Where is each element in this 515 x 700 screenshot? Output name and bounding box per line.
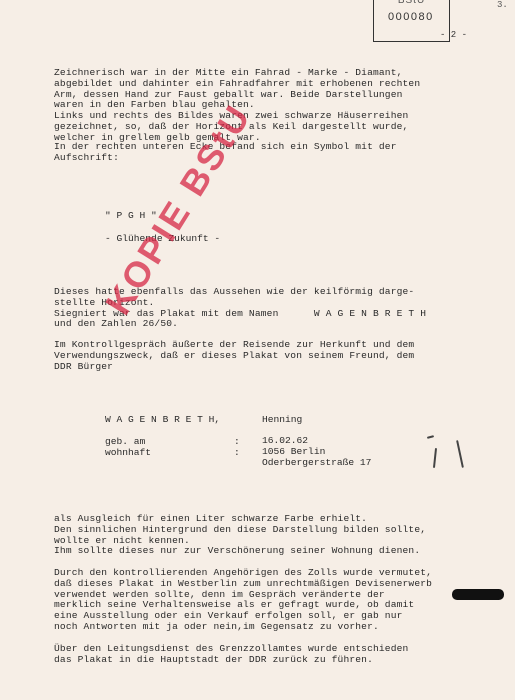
- archive-label: BStU: [374, 0, 449, 6]
- archive-stamp-box: BStU 000080: [373, 0, 450, 42]
- pencil-mark: [456, 440, 464, 468]
- paragraph-suspicion: Durch den kontrollierenden Angehörigen d…: [54, 568, 432, 633]
- paragraph-interview: Im Kontrollgespräch äußerte der Reisende…: [54, 340, 414, 372]
- paragraph-decision: Über den Leitungsdienst des Grenzzollamt…: [54, 644, 408, 666]
- paragraph-exchange: als Ausgleich für einen Liter schwarze F…: [54, 514, 426, 557]
- pencil-mark: [433, 448, 437, 468]
- field-colon: :: [234, 447, 240, 458]
- person-first-name: Henning: [262, 414, 302, 425]
- corner-mark: 3.: [497, 0, 508, 10]
- redaction-bar: [452, 589, 504, 600]
- pencil-mark: [427, 435, 434, 439]
- field-label-address: wohnhaft: [105, 447, 151, 458]
- person-surname: W A G E N B R E T H,: [105, 414, 220, 425]
- page-number: - 2 -: [440, 30, 467, 40]
- archive-number: 000080: [388, 11, 434, 23]
- field-colon: :: [234, 436, 240, 447]
- field-label-birthdate: geb. am: [105, 436, 145, 447]
- field-value-address: 1056 Berlin Oderbergerstraße 17: [262, 447, 371, 469]
